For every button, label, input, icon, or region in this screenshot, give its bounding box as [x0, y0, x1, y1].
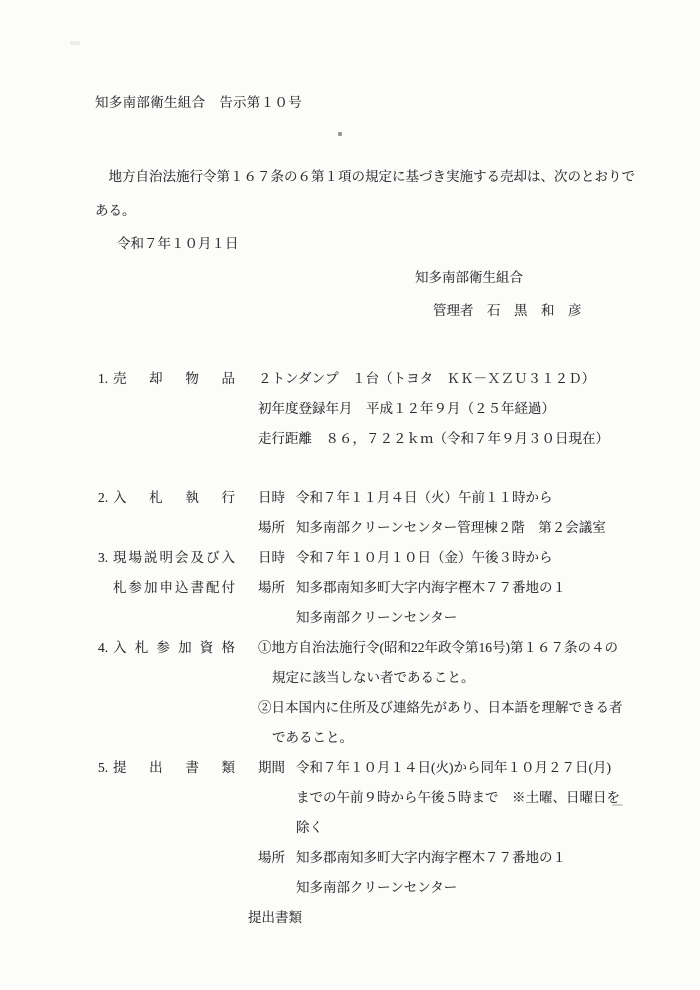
- item-label: 入札参加資格: [113, 633, 235, 663]
- intro-line-2: ある。: [95, 194, 655, 228]
- item-body: 日時令和７年１０月１０日（金）午後３時から 場所知多郡南知多町大字内海字樫木７７…: [258, 543, 655, 633]
- item-number: 4.: [98, 633, 113, 663]
- sub-label-place: 場所: [258, 513, 296, 543]
- notice-number: 知多南部衛生組合 告示第１０号: [95, 93, 655, 113]
- item-label: 提出書類: [113, 753, 235, 783]
- item-line: までの午前９時から午後５時まで ※土曜、日曜日を: [258, 783, 655, 813]
- item-label: 現場説明会及び入 札参加申込書配付: [113, 543, 235, 603]
- item-line: 知多南部クリーンセンター: [258, 873, 655, 903]
- item-line: 知多南部クリーンセンター: [258, 603, 655, 633]
- item-line: 提出書類: [248, 903, 655, 933]
- item-line: 場所知多郡南知多町大字内海字樫木７７番地の１: [258, 843, 655, 873]
- scanned-notice-page: 知多南部衛生組合 告示第１０号 地方自治法施行令第１６７条の６第１項の規定に基づ…: [0, 0, 700, 990]
- item-line: 場所知多南部クリーンセンター管理棟２階 第２会議室: [258, 513, 655, 543]
- item-line: 期間令和７年１０月１４日(火)から同年１０月２７日(月): [258, 753, 655, 783]
- issuer-organization: 知多南部衛生組合: [415, 261, 655, 295]
- notice-items: 1. 売却物品 ２トンダンプ １台（トヨタ ＫＫ－ＸＺＵ３１２Ｄ） 初年度登録年…: [98, 364, 655, 933]
- item-bid-execution: 2. 入札執行 日時令和７年１１月４日（火）午前１１時から 場所知多南部クリーン…: [98, 483, 655, 543]
- sub-label-place: 場所: [258, 573, 296, 603]
- item-line: 除く: [258, 813, 655, 843]
- sub-label-datetime: 日時: [258, 543, 296, 573]
- item-number: 2.: [98, 483, 113, 513]
- item-number: 3.: [98, 543, 113, 573]
- item-label: 売却物品: [113, 364, 235, 394]
- scan-dash-artifact: [612, 804, 623, 806]
- preamble: 地方自治法施行令第１６７条の６第１項の規定に基づき実施する売却は、次のとおりで …: [95, 160, 655, 328]
- scan-dot-artifact: [338, 132, 342, 136]
- document-content: 知多南部衛生組合 告示第１０号 地方自治法施行令第１６７条の６第１項の規定に基づ…: [0, 0, 700, 933]
- item-number: 5.: [98, 753, 113, 783]
- item-line: 日時令和７年１０月１０日（金）午後３時から: [258, 543, 655, 573]
- scan-smudge: [70, 41, 80, 45]
- item-line: ①地方自治法施行令(昭和22年政令第16号)第１６７条の４の: [258, 633, 655, 663]
- item-line: 日時令和７年１１月４日（火）午前１１時から: [258, 483, 655, 513]
- item-line: ②日本国内に住所及び連絡先があり、日本語を理解できる者: [258, 693, 655, 723]
- item-line: であること。: [258, 723, 655, 753]
- item-label: 入札執行: [113, 483, 235, 513]
- item-line: ２トンダンプ １台（トヨタ ＫＫ－ＸＺＵ３１２Ｄ）: [258, 364, 655, 394]
- sub-label-period: 期間: [258, 753, 296, 783]
- item-line: 走行距離 ８６，７２２ｋｍ（令和７年９月３０日現在）: [258, 424, 655, 454]
- item-submission-documents: 5. 提出書類 期間令和７年１０月１４日(火)から同年１０月２７日(月) までの…: [98, 753, 655, 933]
- item-sale-goods: 1. 売却物品 ２トンダンプ １台（トヨタ ＫＫ－ＸＺＵ３１２Ｄ） 初年度登録年…: [98, 364, 655, 454]
- item-body: 期間令和７年１０月１４日(火)から同年１０月２７日(月) までの午前９時から午後…: [258, 753, 655, 933]
- item-bid-qualification: 4. 入札参加資格 ①地方自治法施行令(昭和22年政令第16号)第１６７条の４の…: [98, 633, 655, 753]
- issuer-signature: 管理者 石 黒 和 彦: [433, 294, 655, 328]
- item-body: ①地方自治法施行令(昭和22年政令第16号)第１６７条の４の 規定に該当しない者…: [258, 633, 655, 753]
- item-line: 規定に該当しない者であること。: [258, 663, 655, 693]
- intro-line-1: 地方自治法施行令第１６７条の６第１項の規定に基づき実施する売却は、次のとおりで: [95, 160, 655, 194]
- item-number: 1.: [98, 364, 113, 394]
- item-body: ２トンダンプ １台（トヨタ ＫＫ－ＸＺＵ３１２Ｄ） 初年度登録年月 平成１２年９…: [258, 364, 655, 454]
- item-site-briefing: 3. 現場説明会及び入 札参加申込書配付 日時令和７年１０月１０日（金）午後３時…: [98, 543, 655, 633]
- item-line: 場所知多郡南知多町大字内海字樫木７７番地の１: [258, 573, 655, 603]
- sub-label-datetime: 日時: [258, 483, 296, 513]
- item-body: 日時令和７年１１月４日（火）午前１１時から 場所知多南部クリーンセンター管理棟２…: [258, 483, 655, 543]
- issue-date: 令和７年１０月１日: [117, 227, 655, 261]
- item-line: 初年度登録年月 平成１２年９月（２５年経過）: [258, 394, 655, 424]
- sub-label-place: 場所: [258, 843, 296, 873]
